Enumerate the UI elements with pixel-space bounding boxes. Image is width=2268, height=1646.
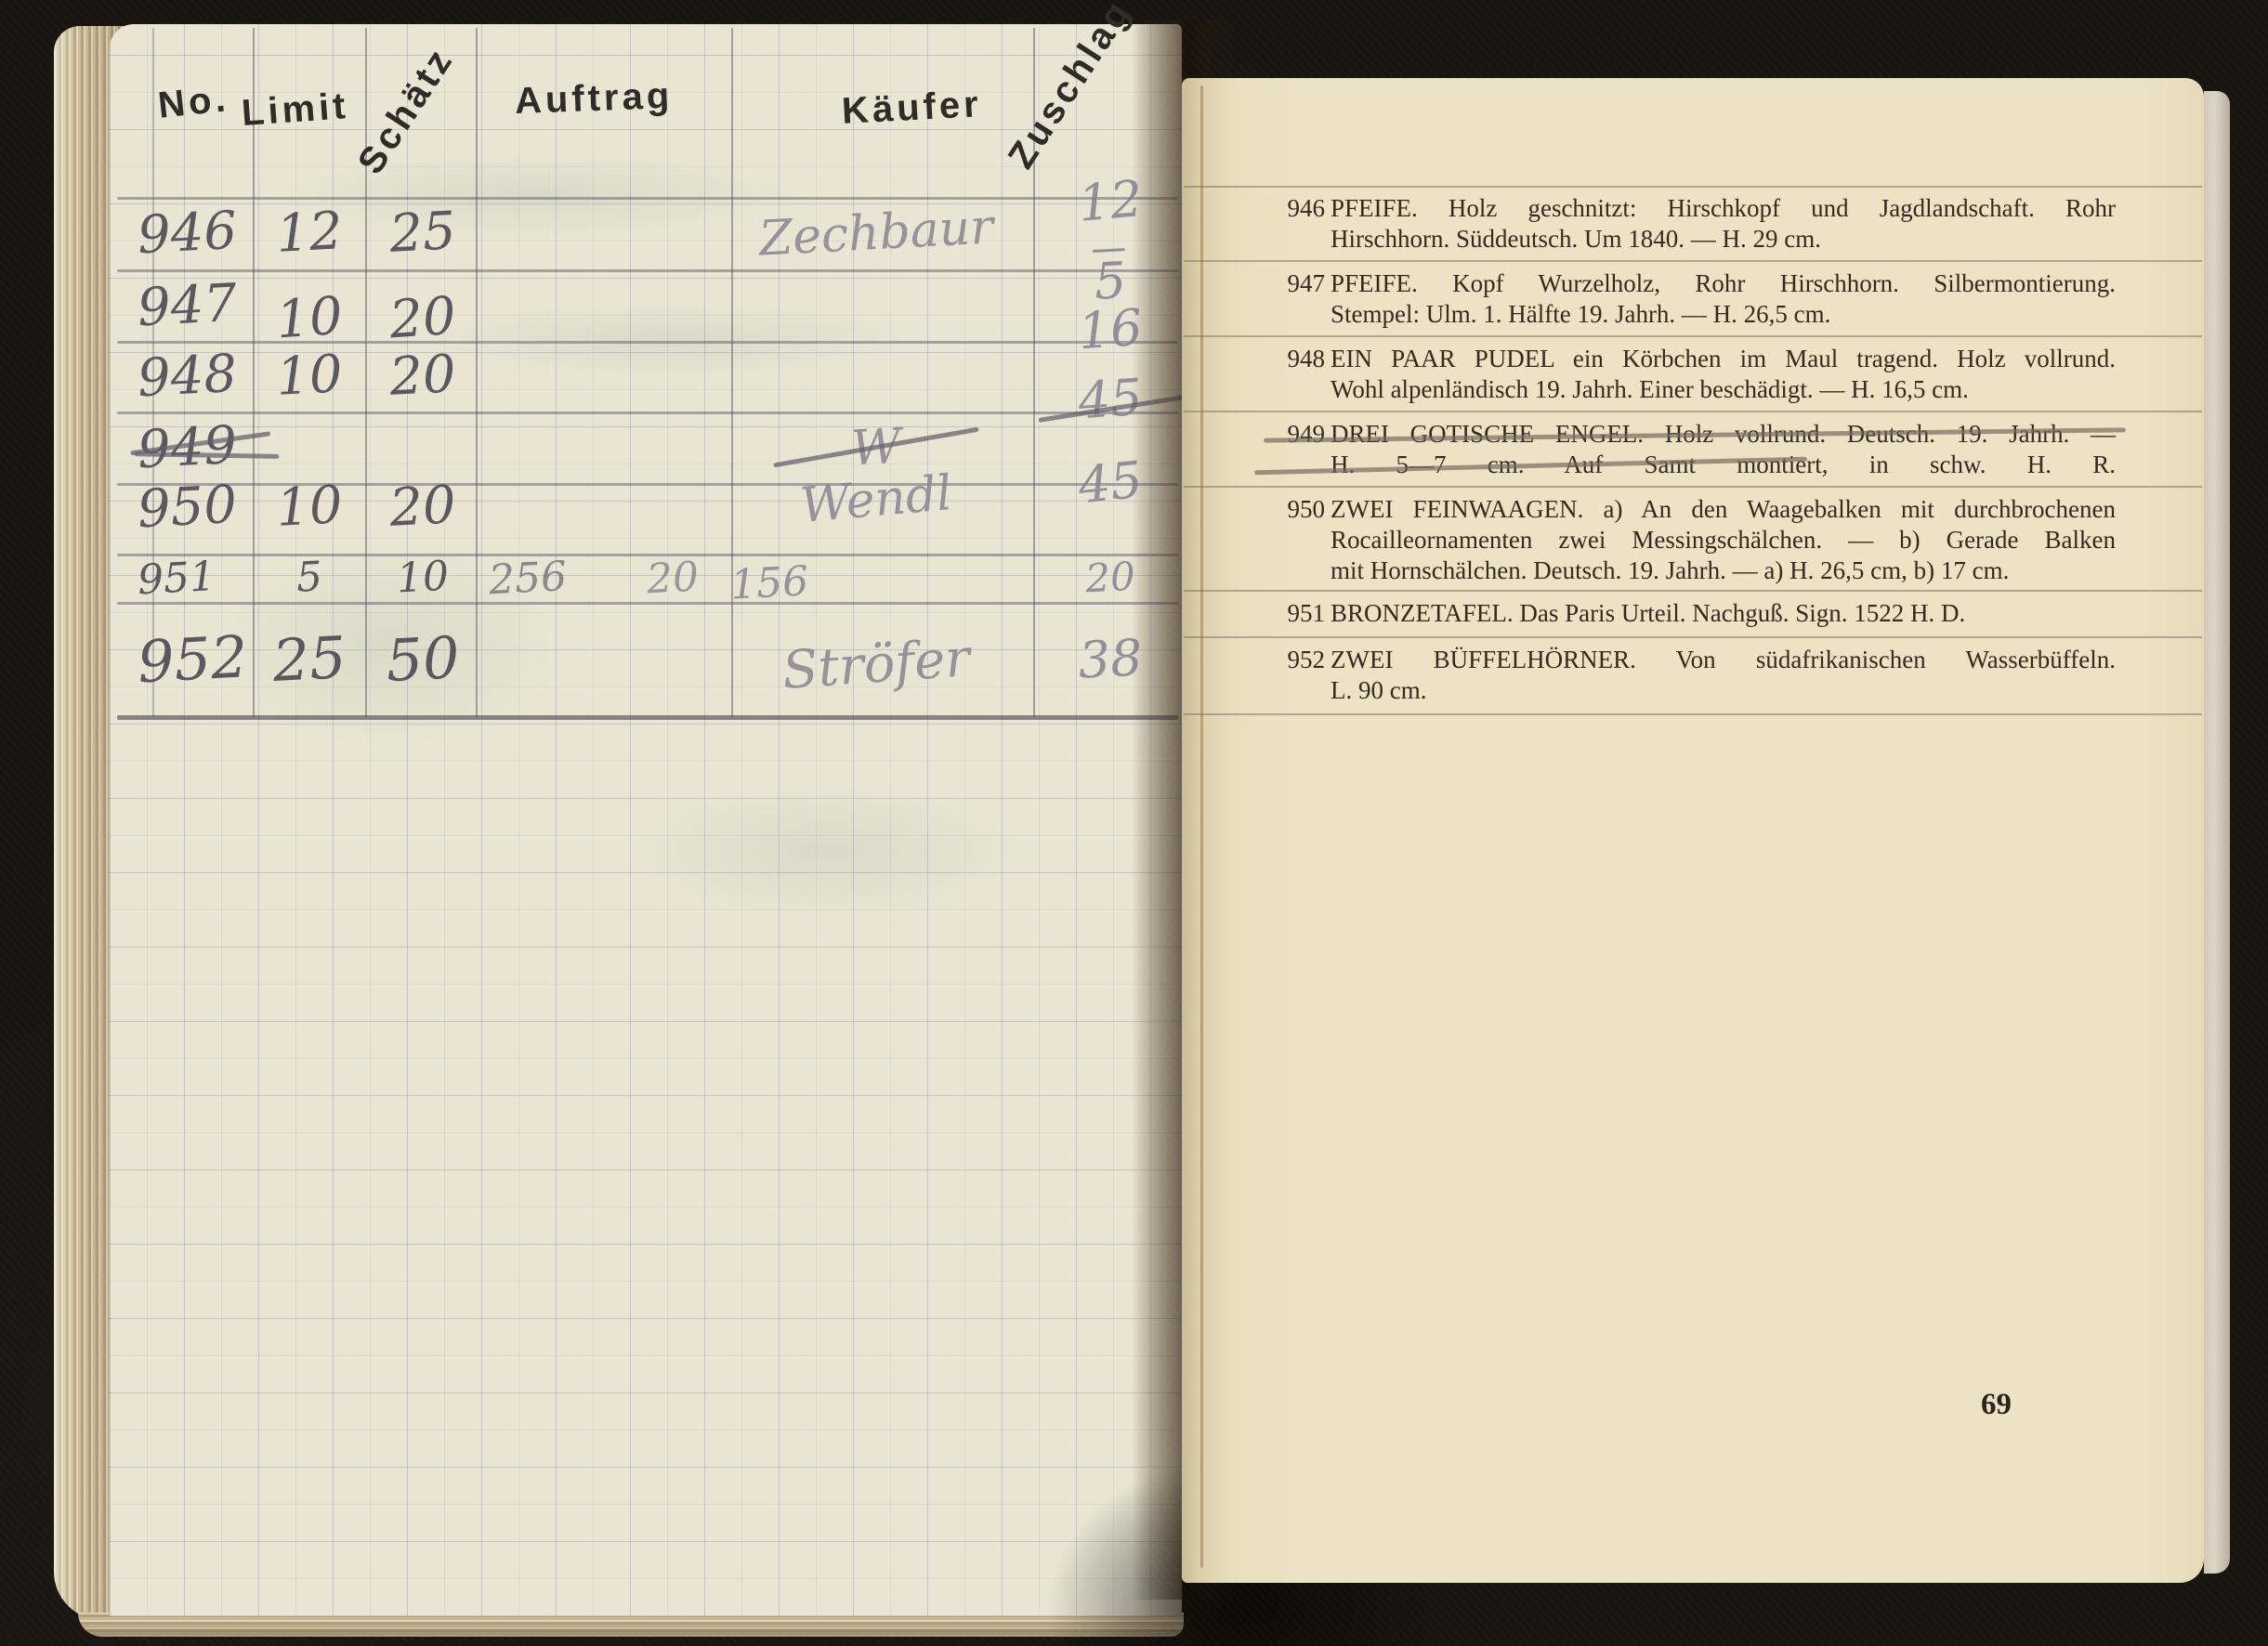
cell-zuschlag: 38 [1049, 632, 1173, 688]
cell-auftrag [489, 230, 610, 237]
cell-auftrag [489, 657, 610, 663]
entry-text-line: Rocailleornamenten zwei Messingschälchen… [1331, 525, 2116, 555]
cell-auftrag [489, 444, 610, 451]
cell-lot-number: 947 [137, 276, 260, 334]
cell-limit: 5 [257, 555, 361, 601]
ledger-row: 950 10 20 Wendl 45 [110, 483, 1182, 554]
entry-text-line: ZWEI BÜFFELHÖRNER. Von südafrikanischen … [1331, 645, 2116, 675]
cell-auftrag-2 [647, 516, 730, 521]
cell-auftrag: 256 [488, 555, 610, 602]
catalog-entry-struck: 949 DREI GOTISCHE ENGEL. Holz vollrund. … [1278, 419, 2116, 480]
ledger-page: No. Limit Schätz Auftrag Käufer Zuschlag… [110, 24, 1182, 1616]
lot-number: 952 [1278, 645, 1325, 675]
ledger-row: 946 12 25 Zechbaur 12 [110, 197, 1182, 269]
cell-kaeufer: Ströfer [721, 629, 1030, 702]
cell-auftrag-2 [647, 658, 730, 662]
cell-schaetz: 25 [371, 204, 476, 262]
cell-kaeufer: 156 [729, 549, 1038, 606]
entry-text-line: EIN PAAR PUDEL ein Körbchen im Maul trag… [1331, 344, 2116, 374]
cell-auftrag [489, 302, 610, 308]
cell-zuschlag: 20 [1049, 555, 1172, 601]
ledger-rows: 946 12 25 Zechbaur 12 947 10 20 5 948 10 [110, 24, 1182, 1616]
ledger-row: 951 5 10 256 20 156 20 [110, 554, 1182, 602]
cell-zuschlag: 12 [1048, 171, 1173, 231]
cell-lot-number: 949 [137, 418, 260, 477]
lot-number: 946 [1278, 193, 1325, 224]
cell-kaeufer [723, 297, 1029, 313]
cell-auftrag-2 [647, 445, 730, 450]
entry-text-line: PFEIFE. Kopf Wurzelholz, Rohr Hirschhorn… [1331, 268, 2116, 299]
cell-schaetz: 20 [371, 478, 476, 536]
cell-auftrag-2 [647, 374, 730, 379]
cell-lot-number: 948 [137, 347, 260, 406]
page-number: 69 [1981, 1390, 2012, 1420]
entry-text-line: PFEIFE. Holz geschnitzt: Hirschkopf und … [1331, 193, 2116, 224]
entry-text-line: ZWEI FEINWAAGEN. a) An den Waagebalken m… [1331, 494, 2116, 525]
cell-schaetz: 10 [371, 555, 475, 601]
cell-limit [258, 445, 361, 451]
cell-lot-number: 950 [137, 478, 260, 537]
cell-lot-number: 946 [137, 204, 260, 263]
ledger-row: 948 10 20 16 [110, 341, 1182, 411]
cell-schaetz: 20 [371, 347, 476, 405]
cell-zuschlag: 45 [1048, 370, 1172, 428]
cell-auftrag-2: 20 [646, 555, 731, 601]
cell-kaeufer [723, 368, 1029, 384]
ledger-row: 947 10 20 5 [110, 269, 1182, 341]
catalog-entry: 952 ZWEI BÜFFELHÖRNER. Von südafrikanisc… [1278, 645, 2116, 706]
catalog-entry: 946 PFEIFE. Holz geschnitzt: Hirschkopf … [1278, 193, 2116, 255]
cell-limit: 10 [257, 478, 362, 536]
entry-text-line: Wohl alpenländisch 19. Jahrh. Einer besc… [1331, 374, 2116, 405]
catalog-entry: 950 ZWEI FEINWAAGEN. a) An den Waagebalk… [1278, 494, 2116, 586]
catalog-entry: 951 BRONZETAFEL. Das Paris Urteil. Nachg… [1278, 598, 2116, 629]
cell-zuschlag: 16 [1048, 301, 1172, 359]
catalog-page: 946 PFEIFE. Holz geschnitzt: Hirschkopf … [1182, 78, 2204, 1583]
catalog-entries: 946 PFEIFE. Holz geschnitzt: Hirschkopf … [1182, 78, 2204, 1583]
cell-schaetz: 50 [370, 628, 475, 691]
entry-text-line: L. 90 cm. [1331, 675, 2116, 706]
lot-number: 947 [1278, 268, 1325, 299]
cell-kaeufer: Zechbaur [722, 201, 1030, 265]
cell-limit: 10 [257, 347, 362, 405]
cell-limit: 10 [256, 289, 362, 348]
cell-limit: 25 [256, 628, 361, 691]
catalog-entry: 947 PFEIFE. Kopf Wurzelholz, Rohr Hirsch… [1278, 268, 2116, 330]
ledger-row: 952 25 50 Ströfer 38 [110, 602, 1182, 717]
entry-text-line: Hirschhorn. Süddeutsch. Um 1840. — H. 29… [1331, 224, 2116, 255]
lot-number: 948 [1278, 344, 1325, 374]
lot-number: 949 [1278, 419, 1325, 450]
entry-text-line: mit Hornschälchen. Deutsch. 19. Jahrh. —… [1331, 555, 2116, 586]
cell-auftrag-2 [647, 231, 730, 236]
auction-catalog-scan: No. Limit Schätz Auftrag Käufer Zuschlag… [0, 0, 2268, 1646]
cell-lot-number: 952 [136, 628, 259, 692]
cell-auftrag [489, 373, 610, 380]
cell-schaetz [372, 445, 474, 451]
cell-lot-number: 951 [137, 555, 259, 602]
cell-auftrag-2 [647, 303, 730, 307]
lot-number: 950 [1278, 494, 1325, 525]
cell-schaetz: 20 [370, 289, 476, 348]
lot-number: 951 [1278, 598, 1325, 629]
cell-limit: 12 [257, 204, 362, 262]
right-page-fore-edge [2204, 91, 2230, 1574]
cell-auftrag [489, 516, 610, 522]
entry-text-line: Stempel: Ulm. 1. Hälfte 19. Jahrh. — H. … [1331, 299, 2116, 330]
catalog-entry: 948 EIN PAAR PUDEL ein Körbchen im Maul … [1278, 344, 2116, 405]
entry-text-line: BRONZETAFEL. Das Paris Urteil. Nachguß. … [1331, 598, 2116, 629]
